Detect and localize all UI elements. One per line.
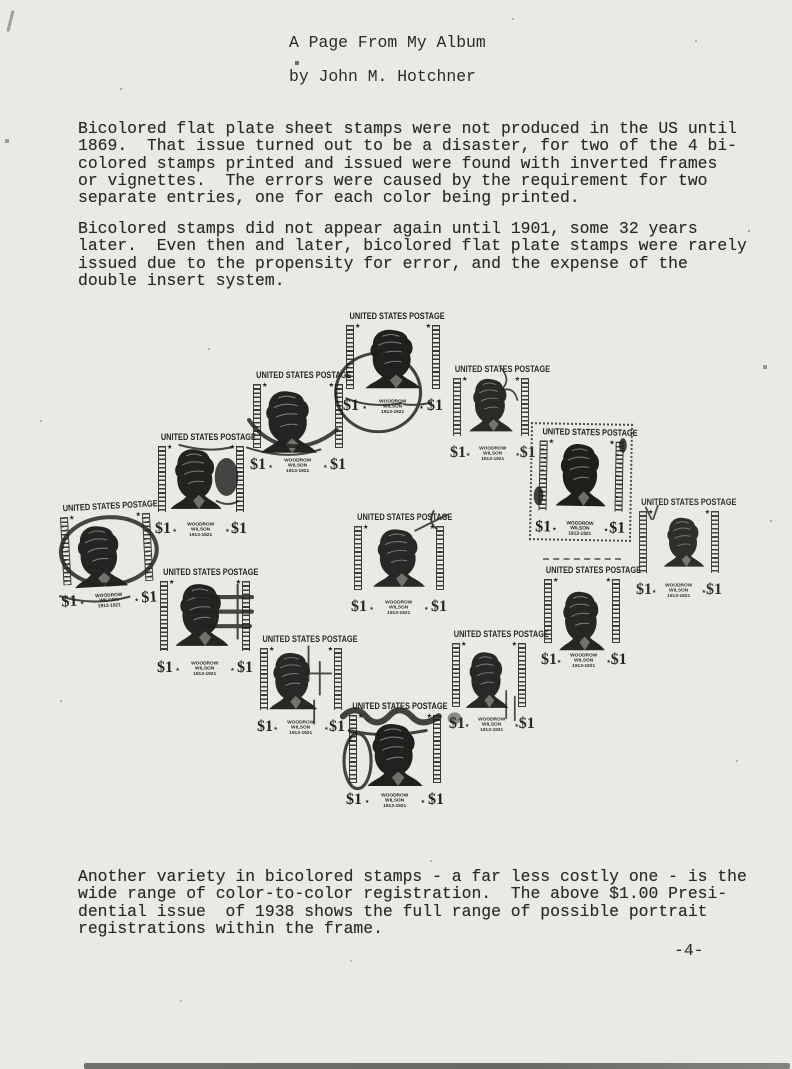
scan-speckles <box>0 0 2 2</box>
stamp: UNITED STATES POSTAGE ★ ★ $1 ★ WOODROW W… <box>340 310 446 416</box>
page-number: -4- <box>674 941 704 960</box>
byline: by John M. Hotchner <box>289 67 476 86</box>
paragraph-history: Bicolored stamps did not appear again un… <box>78 220 747 289</box>
stamp: UNITED STATES POSTAGE ★ ★ $1 ★ WOODROW W… <box>152 431 250 539</box>
cancellation-marks <box>633 496 725 600</box>
stamp: UNITED STATES POSTAGE ★ ★ $1 ★ WOODROW W… <box>633 496 725 600</box>
stamp: UNITED STATES POSTAGE ★ ★ $1 ★ WOODROW W… <box>53 497 161 612</box>
cancellation-marks <box>254 633 348 737</box>
stamp: UNITED STATES POSTAGE ★ ★ $1 ★ WOODROW W… <box>247 369 349 475</box>
cancellation-marks <box>340 310 446 416</box>
cancellation-marks <box>247 369 349 475</box>
stamp: UNITED STATES POSTAGE ★ ★ $1 ★ WOODROW W… <box>538 564 626 670</box>
cancellation-marks <box>154 566 256 678</box>
cancellation-marks <box>53 497 161 612</box>
paragraph-caption: Another variety in bicolored stamps - a … <box>78 868 747 937</box>
stamp: UNITED STATES POSTAGE ★ ★ $1 ★ WOODROW W… <box>254 633 348 737</box>
scan-edge-artifact <box>84 1063 790 1069</box>
stamp: UNITED STATES POSTAGE ★ ★ $1 ★ WOODROW W… <box>447 363 535 463</box>
stamp: UNITED STATES POSTAGE ★ ★ $1 ★ WOODROW W… <box>348 511 450 617</box>
stamp: UNITED STATES POSTAGE ★ ★ $1 ★ WOODROW W… <box>343 700 447 810</box>
stamp: UNITED STATES POSTAGE ★ ★ $1 ★ WOODROW W… <box>532 425 630 539</box>
page-title: A Page From My Album <box>289 33 486 52</box>
cancellation-marks <box>446 628 532 734</box>
scan-artifact <box>6 10 14 32</box>
stamp: UNITED STATES POSTAGE ★ ★ $1 ★ WOODROW W… <box>154 566 256 678</box>
cancellation-marks <box>538 564 626 670</box>
cancellation-marks <box>348 511 450 617</box>
stamp: UNITED STATES POSTAGE ★ ★ $1 ★ WOODROW W… <box>446 628 532 734</box>
cancellation-marks <box>152 431 250 539</box>
cancellation-marks <box>532 425 630 539</box>
scanned-album-page: A Page From My Album by John M. Hotchner… <box>0 0 792 1069</box>
cancellation-marks <box>343 700 447 810</box>
cancellation-marks <box>447 363 535 463</box>
paragraph-intro: Bicolored flat plate sheet stamps were n… <box>78 120 737 206</box>
